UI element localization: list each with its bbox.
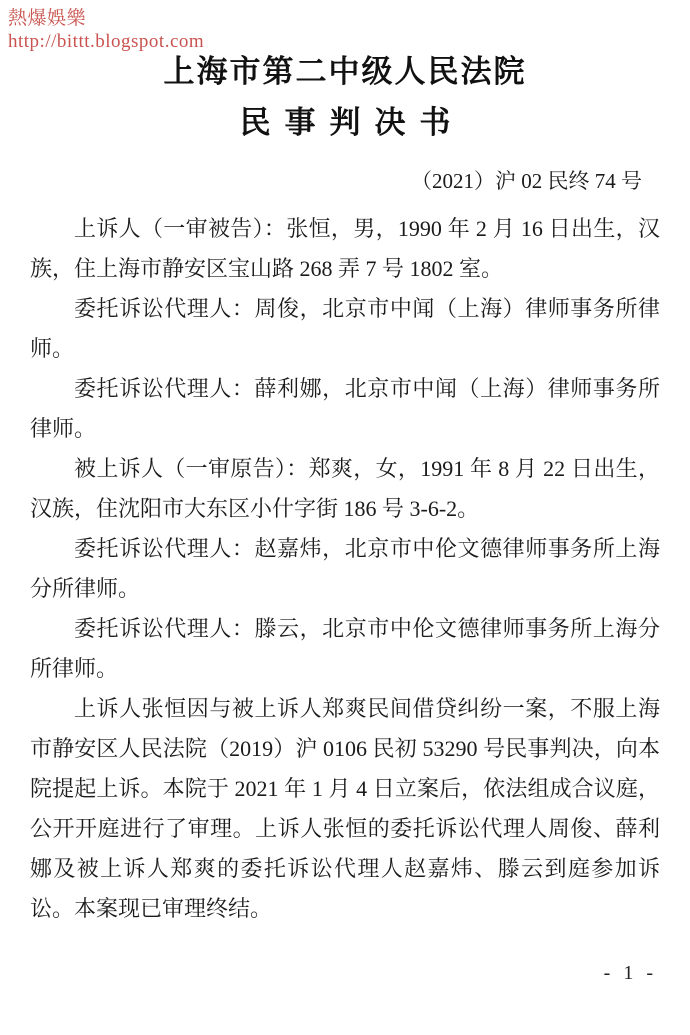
paragraph-appellant-agent-1: 委托诉讼代理人：周俊，北京市中闻（上海）律师事务所律师。 <box>30 289 660 369</box>
paragraph-appellee-agent-2: 委托诉讼代理人：滕云，北京市中伦文德律师事务所上海分所律师。 <box>30 609 660 689</box>
paragraph-appellee-agent-1: 委托诉讼代理人：赵嘉炜，北京市中伦文德律师事务所上海分所律师。 <box>30 529 660 609</box>
watermark: 熱爆娛樂 http://bittt.blogspot.com <box>8 7 204 53</box>
paragraph-appellee: 被上诉人（一审原告）：郑爽，女，1991 年 8 月 22 日出生，汉族，住沈阳… <box>30 449 660 529</box>
document-type-title: 民事判决书 <box>0 103 690 143</box>
paragraph-appellant-agent-2: 委托诉讼代理人：薛利娜，北京市中闻（上海）律师事务所律师。 <box>30 369 660 449</box>
judgment-body: 上诉人（一审被告）：张恒，男，1990 年 2 月 16 日出生，汉族，住上海市… <box>30 209 660 929</box>
page-number: - 1 - <box>604 962 657 985</box>
paragraph-appellant: 上诉人（一审被告）：张恒，男，1990 年 2 月 16 日出生，汉族，住上海市… <box>30 209 660 289</box>
watermark-site-name: 熱爆娛樂 <box>8 7 204 30</box>
watermark-url: http://bittt.blogspot.com <box>8 30 204 53</box>
case-number: （2021）沪 02 民终 74 号 <box>0 167 690 195</box>
judgment-document-page: 熱爆娛樂 http://bittt.blogspot.com 上海市第二中级人民… <box>0 0 690 1035</box>
paragraph-case-summary: 上诉人张恒因与被上诉人郑爽民间借贷纠纷一案，不服上海市静安区人民法院（2019）… <box>30 689 660 929</box>
